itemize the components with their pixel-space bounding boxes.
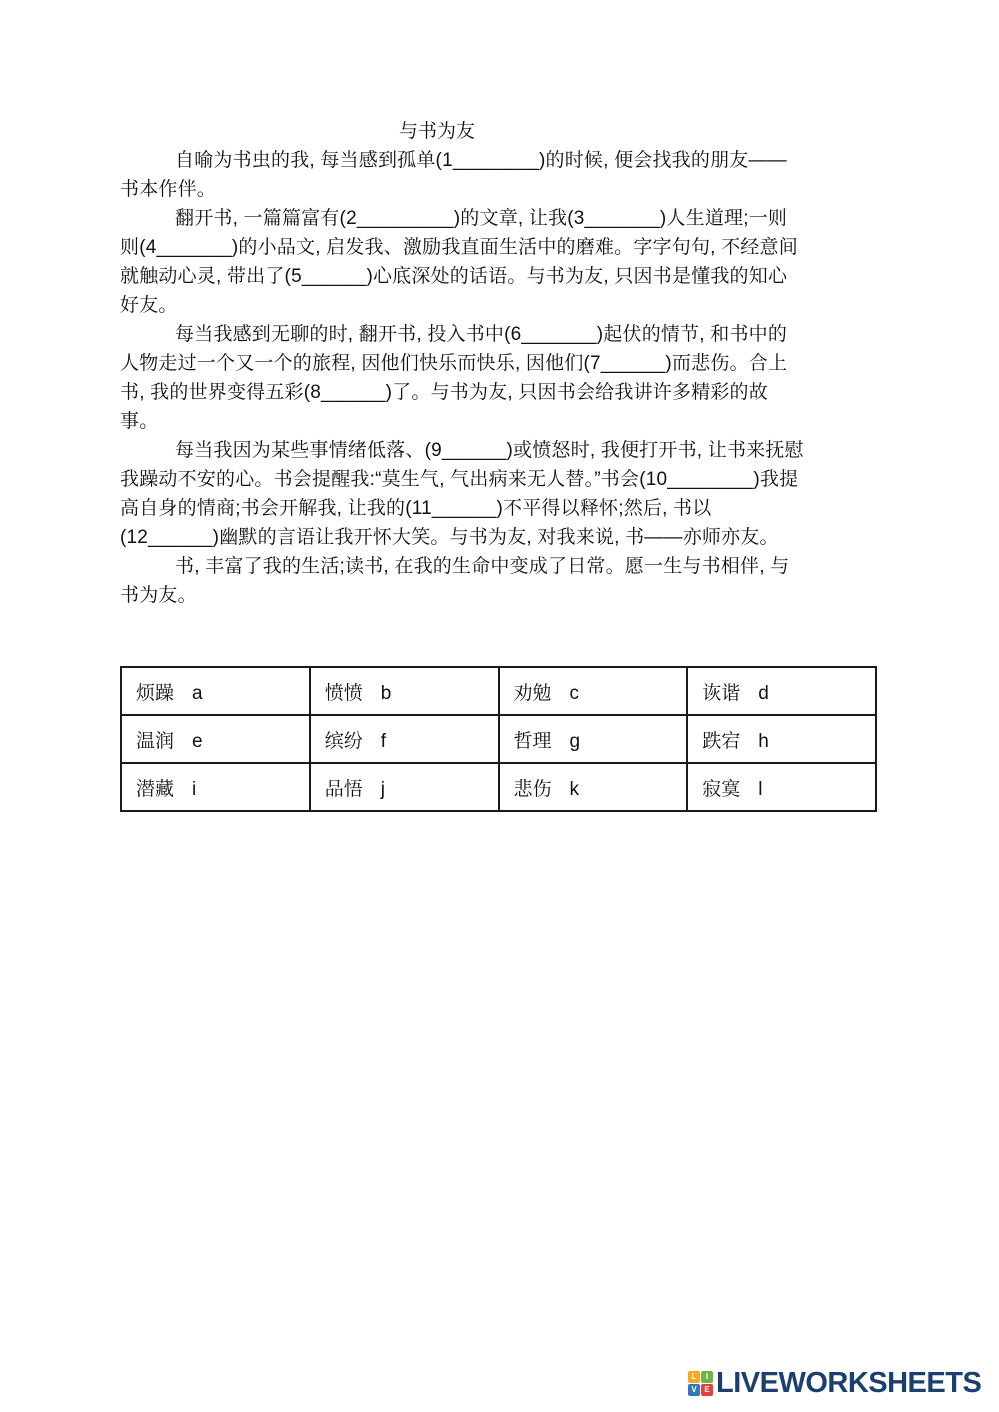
word-bank-word: 愤愤: [325, 683, 363, 704]
passage-line: 每当我感到无聊的时, 翻开书, 投入书中(6_______)起伏的情节, 和书中…: [120, 320, 888, 349]
word-bank-cell: 烦躁a: [121, 667, 310, 715]
word-bank-letter: k: [570, 779, 580, 801]
passage-line: 就触动心灵, 带出了(5______)心底深处的话语。与书为友, 只因书是懂我的…: [120, 262, 888, 291]
word-bank-word: 烦躁: [136, 683, 174, 704]
word-bank-letter: a: [192, 683, 203, 705]
passage-line: 我躁动不安的心。书会提醒我:“莫生气, 气出病来无人替。”书会(10______…: [120, 465, 888, 494]
passage-line: (12______)幽默的言语让我开怀大笑。与书为友, 对我来说, 书——亦师亦…: [120, 523, 888, 552]
word-bank-word: 哲理: [514, 731, 552, 752]
word-bank-letter: i: [192, 779, 196, 801]
passage-line: 书本作伴。: [120, 175, 888, 204]
word-bank-letter: b: [381, 683, 392, 705]
page-title: 与书为友: [120, 117, 880, 146]
passage-line: 人物走过一个又一个的旅程, 因他们快乐而快乐, 因他们(7______)而悲伤。…: [120, 349, 888, 378]
word-bank-cell: 哲理g: [499, 715, 688, 763]
word-bank-letter: l: [758, 779, 762, 801]
word-bank-cell: 寂寞l: [687, 763, 876, 811]
word-bank-row: 潜藏i 品悟j 悲伤k 寂寞l: [121, 763, 876, 811]
word-bank-word: 寂寞: [702, 779, 740, 800]
word-bank-word: 缤纷: [325, 731, 363, 752]
word-bank-word: 诙谐: [702, 683, 740, 704]
logo-tile-i: I: [701, 1371, 713, 1383]
word-bank-word: 品悟: [325, 779, 363, 800]
word-bank-letter: f: [381, 731, 386, 753]
liveworksheets-grid-icon: L I V E: [688, 1371, 713, 1396]
liveworksheets-wordmark: LIVEWORKSHEETS: [716, 1367, 981, 1400]
liveworksheets-logo[interactable]: L I V E LIVEWORKSHEETS: [688, 1366, 981, 1400]
word-bank-table: 烦躁a 愤愤b 劝勉c 诙谐d 温润e 缤纷f 哲理g 跌宕h 潜藏i 品悟j …: [120, 666, 877, 812]
logo-tile-l: L: [688, 1371, 700, 1383]
word-bank-cell: 悲伤k: [499, 763, 688, 811]
passage-line: 书为友。: [120, 581, 888, 610]
word-bank-letter: c: [570, 683, 580, 705]
word-bank-cell: 缤纷f: [310, 715, 499, 763]
passage-line: 高自身的情商;书会开解我, 让我的(11______)不平得以释怀;然后, 书以: [120, 494, 888, 523]
reading-passage: 与书为友 自喻为书虫的我, 每当感到孤单(1________)的时候, 便会找我…: [120, 117, 888, 610]
passage-line: 好友。: [120, 291, 888, 320]
passage-line: 每当我因为某些事情绪低落、(9______)或愤怒时, 我便打开书, 让书来抚慰: [120, 436, 888, 465]
passage-line: 事。: [120, 407, 888, 436]
word-bank-cell: 潜藏i: [121, 763, 310, 811]
word-bank-row: 烦躁a 愤愤b 劝勉c 诙谐d: [121, 667, 876, 715]
passage-line: 书, 我的世界变得五彩(8______)了。与书为友, 只因书会给我讲许多精彩的…: [120, 378, 888, 407]
passage-line: 翻开书, 一篇篇富有(2_________)的文章, 让我(3_______)人…: [120, 204, 888, 233]
logo-tile-e: E: [701, 1384, 713, 1396]
word-bank-letter: j: [381, 779, 385, 801]
passage-line: 自喻为书虫的我, 每当感到孤单(1________)的时候, 便会找我的朋友——: [120, 146, 888, 175]
word-bank-cell: 温润e: [121, 715, 310, 763]
word-bank-cell: 诙谐d: [687, 667, 876, 715]
word-bank-letter: h: [758, 731, 769, 753]
word-bank-cell: 愤愤b: [310, 667, 499, 715]
word-bank-word: 劝勉: [514, 683, 552, 704]
passage-line: 书, 丰富了我的生活;读书, 在我的生命中变成了日常。愿一生与书相伴, 与: [120, 552, 888, 581]
word-bank-word: 跌宕: [702, 731, 740, 752]
word-bank-letter: g: [570, 731, 581, 753]
passage-line: 则(4_______)的小品文, 启发我、激励我直面生活中的磨难。字字句句, 不…: [120, 233, 888, 262]
word-bank-row: 温润e 缤纷f 哲理g 跌宕h: [121, 715, 876, 763]
word-bank-letter: e: [192, 731, 203, 753]
word-bank-cell: 劝勉c: [499, 667, 688, 715]
word-bank-cell: 品悟j: [310, 763, 499, 811]
word-bank-word: 潜藏: [136, 779, 174, 800]
word-bank-cell: 跌宕h: [687, 715, 876, 763]
word-bank-word: 悲伤: [514, 779, 552, 800]
word-bank-letter: d: [758, 683, 769, 705]
logo-tile-v: V: [688, 1384, 700, 1396]
word-bank-word: 温润: [136, 731, 174, 752]
